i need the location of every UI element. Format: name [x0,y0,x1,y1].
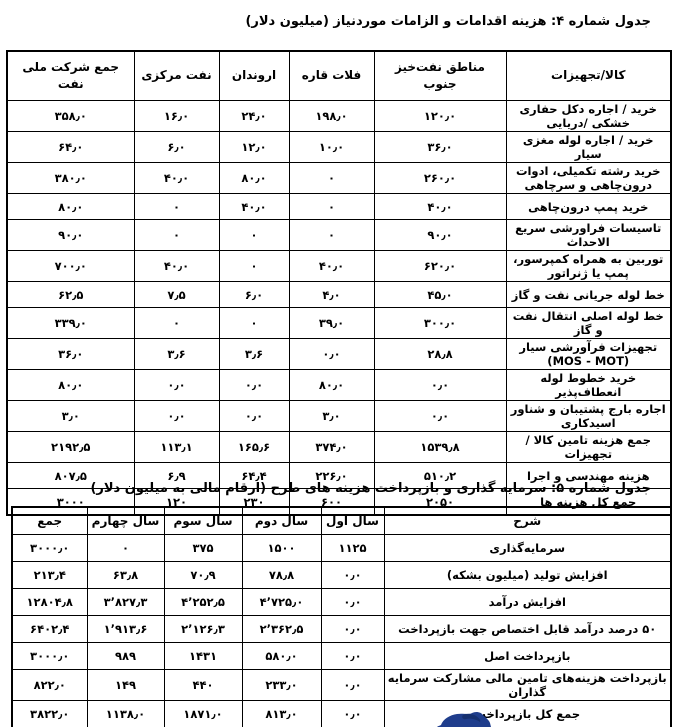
table-row: خرید / اجاره دکل حفاری خشکی /دریایی۱۲۰٫۰… [7,101,671,132]
value-cell: ۱۵۰۰ [242,535,321,562]
row-label-cell: تجهیزات فرآورشی سیار (MOS - MOT) [506,339,671,370]
value-cell: ۱۵۳۹٫۸ [374,432,506,463]
value-cell: ۹۰٫۰ [374,220,506,251]
value-cell: ۰ [289,220,374,251]
column-header: نفت مرکزی [134,51,219,101]
value-cell: ۹۸۹ [87,643,164,670]
value-cell: ۰ [134,308,219,339]
value-cell: ۰٫۰ [321,670,384,701]
row-label-cell: خرید / اجاره لوله مغزی سیار [506,132,671,163]
value-cell: ۴۴۰ [164,670,242,701]
value-cell: ۴٬۷۲۵٫۰ [242,589,321,616]
value-cell: ۰٫۰ [219,370,289,401]
value-cell: ۰ [134,220,219,251]
value-cell: ۴۰٫۰ [219,194,289,220]
value-cell: ۶۲٫۵ [7,282,134,308]
value-cell: ۳۸۰٫۰ [7,163,134,194]
row-label-cell: خرید پمپ درون‌چاهی [506,194,671,220]
table-row: خط لوله جریانی نفت و گاز۴۵٫۰۴٫۰۶٫۰۷٫۵۶۲٫… [7,282,671,308]
row-label-cell: سرمایه‌گذاری [384,535,671,562]
value-cell: ۳٫۰ [7,401,134,432]
table-row: اجاره بارج پشتیبان و شناور اسیدکاری۰٫۰۳٫… [7,401,671,432]
costs-by-region-table: کالا/تجهیزاتمناطق نفت‌خیز جنوبفلات قارها… [6,50,672,516]
table4-header-row: کالا/تجهیزاتمناطق نفت‌خیز جنوبفلات قارها… [7,51,671,101]
blue-emblem-logo [423,711,491,727]
row-label-cell: افزایش تولید (میلیون بشکه) [384,562,671,589]
value-cell: ۱۱۲۵ [321,535,384,562]
table-row: توربین به همراه کمپرسور، پمپ یا ژنراتور۶… [7,251,671,282]
value-cell: ۸۰٫۰ [7,194,134,220]
value-cell: ۱۹۸٫۰ [289,101,374,132]
column-header: کالا/تجهیزات [506,51,671,101]
value-cell: ۲٬۱۲۶٫۳ [164,616,242,643]
value-cell: ۶۲۰٫۰ [374,251,506,282]
value-cell: ۰ [219,220,289,251]
value-cell: ۰ [289,194,374,220]
value-cell: ۴۰٫۰ [134,163,219,194]
table-row: سرمایه‌گذاری۱۱۲۵۱۵۰۰۳۷۵۰۳۰۰۰٫۰ [12,535,671,562]
table4-title: جدول شماره ۴: هزینه اقدامات و الزامات مو… [245,14,651,29]
table-row: تاسیسات فراورشی سریع الاحداث۹۰٫۰۰۰۰۹۰٫۰ [7,220,671,251]
table-row: خرید خطوط لوله انعطاف‌پذیر۰٫۰۸۰٫۰۰٫۰۰٫۰۸… [7,370,671,401]
row-label-cell: خرید رشته تکمیلی، ادوات درون‌چاهی و سرچا… [506,163,671,194]
table-row: خرید / اجاره لوله مغزی سیار۳۶٫۰۱۰٫۰۱۲٫۰۶… [7,132,671,163]
table-row: خرید رشته تکمیلی، ادوات درون‌چاهی و سرچا… [7,163,671,194]
value-cell: ۳۰۰۰٫۰ [12,643,87,670]
value-cell: ۸۰٫۰ [219,163,289,194]
value-cell: ۰٫۰ [321,701,384,727]
value-cell: ۴۰٫۰ [374,194,506,220]
column-header: سال چهارم [87,507,164,535]
value-cell: ۴۰٫۰ [289,251,374,282]
value-cell: ۵۸۰٫۰ [242,643,321,670]
row-label-cell: اجاره بارج پشتیبان و شناور اسیدکاری [506,401,671,432]
value-cell: ۳۶٫۰ [7,339,134,370]
value-cell: ۰ [219,308,289,339]
row-label-cell: خط لوله جریانی نفت و گاز [506,282,671,308]
row-label-cell: بازپرداخت هزینه‌های تامین مالی مشارکت سر… [384,670,671,701]
value-cell: ۳۰۰۰٫۰ [12,535,87,562]
value-cell: ۱۱۳۸٫۰ [87,701,164,727]
value-cell: ۰٫۰ [219,401,289,432]
value-cell: ۱۲٫۰ [219,132,289,163]
value-cell: ۰ [289,163,374,194]
value-cell: ۱۴۳۱ [164,643,242,670]
value-cell: ۲۱۳٫۴ [12,562,87,589]
value-cell: ۳۸۲۲٫۰ [12,701,87,727]
value-cell: ۰ [87,535,164,562]
document-page: جدول شماره ۴: هزینه اقدامات و الزامات مو… [0,0,679,727]
value-cell: ۱۶۵٫۶ [219,432,289,463]
value-cell: ۱۸۷۱٫۰ [164,701,242,727]
value-cell: ۰٫۰ [134,370,219,401]
value-cell: ۰٫۰ [374,401,506,432]
row-label-cell: جمع هزینه تامین کالا / تجهیزات [506,432,671,463]
column-header: سال اول [321,507,384,535]
value-cell: ۳۷۴٫۰ [289,432,374,463]
value-cell: ۴۵٫۰ [374,282,506,308]
row-label-cell: ۵۰ درصد درآمد قابل اختصاص جهت بازپرداخت [384,616,671,643]
value-cell: ۲٬۳۶۲٫۵ [242,616,321,643]
value-cell: ۲۸٫۸ [374,339,506,370]
row-label-cell: تاسیسات فراورشی سریع الاحداث [506,220,671,251]
value-cell: ۱٬۹۱۳٫۶ [87,616,164,643]
value-cell: ۲۱۹۲٫۵ [7,432,134,463]
value-cell: ۶۴٫۰ [7,132,134,163]
value-cell: ۴٫۰ [289,282,374,308]
table-row: افزایش درآمد۰٫۰۴٬۷۲۵٫۰۴٬۲۵۲٫۵۳٬۸۲۷٫۳۱۲۸۰… [12,589,671,616]
value-cell: ۲۳۳٫۰ [242,670,321,701]
value-cell: ۳۶٫۰ [374,132,506,163]
value-cell: ۳۰۰٫۰ [374,308,506,339]
value-cell: ۸۰٫۰ [7,370,134,401]
value-cell: ۴۰٫۰ [134,251,219,282]
value-cell: ۳۹٫۰ [289,308,374,339]
value-cell: ۴٬۲۵۲٫۵ [164,589,242,616]
table-row: خرید پمپ درون‌چاهی۴۰٫۰۰۴۰٫۰۰۸۰٫۰ [7,194,671,220]
value-cell: ۰٫۰ [289,339,374,370]
row-label-cell: خط لوله اصلی انتقال نفت و گاز [506,308,671,339]
value-cell: ۲۴٫۰ [219,101,289,132]
table-row: جمع هزینه تامین کالا / تجهیزات۱۵۳۹٫۸۳۷۴٫… [7,432,671,463]
emblem-shape [437,712,491,727]
value-cell: ۲۶۰٫۰ [374,163,506,194]
value-cell: ۱۴۹ [87,670,164,701]
value-cell: ۱۲۰٫۰ [374,101,506,132]
table5-title: جدول شماره ۵: سرمایه گذاری و بازپرداخت ه… [90,481,651,496]
column-header: جمع [12,507,87,535]
value-cell: ۸۱۳٫۰ [242,701,321,727]
value-cell: ۷۰۰٫۰ [7,251,134,282]
value-cell: ۰ [219,251,289,282]
value-cell: ۳۷۵ [164,535,242,562]
table4-container: کالا/تجهیزاتمناطق نفت‌خیز جنوبفلات قارها… [8,50,672,516]
value-cell: ۳٫۰ [289,401,374,432]
value-cell: ۱۲۸۰۴٫۸ [12,589,87,616]
column-header: شرح [384,507,671,535]
value-cell: ۱۶٫۰ [134,101,219,132]
column-header: مناطق نفت‌خیز جنوب [374,51,506,101]
investment-repayment-table: شرحسال اولسال دومسال سومسال چهارمجمع سرم… [11,506,672,727]
column-header: جمع شرکت ملی نفت [7,51,134,101]
table5-header-row: شرحسال اولسال دومسال سومسال چهارمجمع [12,507,671,535]
value-cell: ۳۳۹٫۰ [7,308,134,339]
value-cell: ۶۴۰۲٫۴ [12,616,87,643]
value-cell: ۳٫۶ [134,339,219,370]
value-cell: ۶٫۰ [219,282,289,308]
column-header: فلات قاره [289,51,374,101]
table-row: تجهیزات فرآورشی سیار (MOS - MOT)۲۸٫۸۰٫۰۳… [7,339,671,370]
column-header: سال سوم [164,507,242,535]
value-cell: ۷۰٫۹ [164,562,242,589]
table-row: بازپرداخت هزینه‌های تامین مالی مشارکت سر… [12,670,671,701]
value-cell: ۳٬۸۲۷٫۳ [87,589,164,616]
value-cell: ۰٫۰ [374,370,506,401]
value-cell: ۱۰٫۰ [289,132,374,163]
value-cell: ۷۸٫۸ [242,562,321,589]
row-label-cell: بازپرداخت اصل [384,643,671,670]
row-label-cell: افزایش درآمد [384,589,671,616]
table-row: ۵۰ درصد درآمد قابل اختصاص جهت بازپرداخت۰… [12,616,671,643]
column-header: سال دوم [242,507,321,535]
value-cell: ۷٫۵ [134,282,219,308]
row-label-cell: توربین به همراه کمپرسور، پمپ یا ژنراتور [506,251,671,282]
value-cell: ۰ [134,194,219,220]
value-cell: ۸۰٫۰ [289,370,374,401]
value-cell: ۳٫۶ [219,339,289,370]
value-cell: ۰٫۰ [321,562,384,589]
value-cell: ۶۳٫۸ [87,562,164,589]
row-label-cell: خرید / اجاره دکل حفاری خشکی /دریایی [506,101,671,132]
value-cell: ۰٫۰ [321,589,384,616]
row-label-cell: خرید خطوط لوله انعطاف‌پذیر [506,370,671,401]
value-cell: ۰٫۰ [321,616,384,643]
column-header: اروندان [219,51,289,101]
value-cell: ۰٫۰ [321,643,384,670]
table-row: افزایش تولید (میلیون بشکه)۰٫۰۷۸٫۸۷۰٫۹۶۳٫… [12,562,671,589]
table-row: خط لوله اصلی انتقال نفت و گاز۳۰۰٫۰۳۹٫۰۰۰… [7,308,671,339]
table5-container: شرحسال اولسال دومسال سومسال چهارمجمع سرم… [13,506,672,727]
table-row: جمع کل بازپرداخت۰٫۰۸۱۳٫۰۱۸۷۱٫۰۱۱۳۸٫۰۳۸۲۲… [12,701,671,727]
value-cell: ۶٫۰ [134,132,219,163]
value-cell: ۸۲۲٫۰ [12,670,87,701]
value-cell: ۰٫۰ [134,401,219,432]
value-cell: ۱۱۳٫۱ [134,432,219,463]
value-cell: ۹۰٫۰ [7,220,134,251]
table-row: بازپرداخت اصل۰٫۰۵۸۰٫۰۱۴۳۱۹۸۹۳۰۰۰٫۰ [12,643,671,670]
value-cell: ۳۵۸٫۰ [7,101,134,132]
